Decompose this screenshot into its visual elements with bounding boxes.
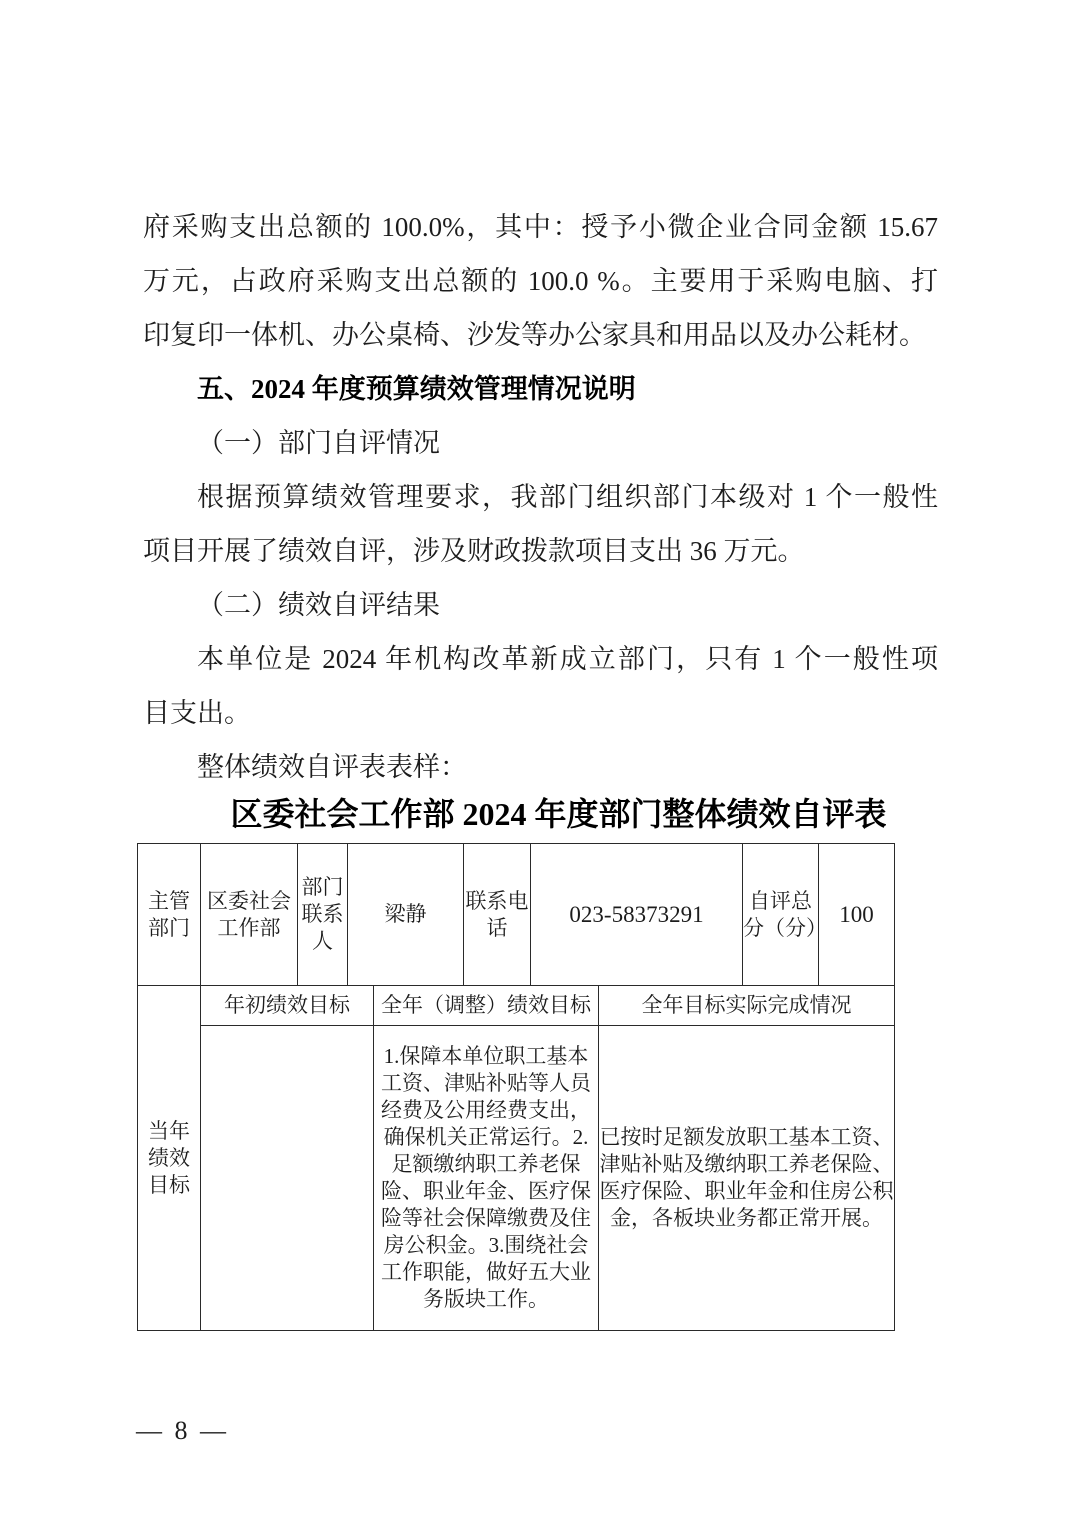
sub1-line-1: 根据预算绩效管理要求，我部门组织部门本级对 1 个一般性 (143, 480, 938, 514)
intro-line-3: 印复印一体机、办公桌椅、沙发等办公家具和用品以及办公耗材。 (143, 318, 938, 352)
adjusted-goal-value-cell: 1.保障本单位职工基本工资、津贴补贴等人员经费及公用经费支出，确保机关正常运行。… (374, 1026, 599, 1331)
contact-person-label-cell: 部门联系人 (298, 844, 348, 986)
performance-self-evaluation-table: 主管部门 区委社会工作部 部门联系人 梁静 联系电话 023-58373291 … (137, 843, 895, 1331)
phone-label-cell: 联系电话 (464, 844, 531, 986)
supervisor-dept-value-cell: 区委社会工作部 (201, 844, 298, 986)
intro-line-1: 府采购支出总额的 100.0%，其中：授予小微企业合同金额 15.67 (143, 210, 938, 244)
initial-goal-value-cell (201, 1026, 374, 1331)
current-year-goal-label-cell: 当年绩效目标 (138, 986, 201, 1331)
sub2-line-2: 目支出。 (143, 696, 938, 730)
actual-completion-header-cell: 全年目标实际完成情况 (599, 986, 895, 1026)
contact-person-value-cell: 梁静 (348, 844, 464, 986)
phone-value-cell: 023-58373291 (531, 844, 743, 986)
actual-completion-value-cell: 已按时足额发放职工基本工资、津贴补贴及缴纳职工养老保险、医疗保险、职业年金和住房… (599, 1026, 895, 1331)
goal-header-row: 当年绩效目标 年初绩效目标 全年（调整）绩效目标 全年目标实际完成情况 (138, 986, 895, 1026)
self-score-label-cell: 自评总分（分） (743, 844, 819, 986)
document-page: 府采购支出总额的 100.0%，其中：授予小微企业合同金额 15.67 万元，占… (0, 0, 1075, 1520)
table-title: 区委社会工作部 2024 年度部门整体绩效自评表 (180, 789, 937, 835)
supervisor-dept-label-cell: 主管部门 (138, 844, 201, 986)
page-number: — 8 — (136, 1416, 229, 1446)
sub2-heading: （二）绩效自评结果 (143, 588, 938, 622)
goal-detail-row: 1.保障本单位职工基本工资、津贴补贴等人员经费及公用经费支出，确保机关正常运行。… (138, 1026, 895, 1331)
adjusted-goal-header-cell: 全年（调整）绩效目标 (374, 986, 599, 1026)
self-score-value-cell: 100 (819, 844, 895, 986)
section5-heading: 五、2024 年度预算绩效管理情况说明 (143, 372, 938, 406)
sub1-line-2: 项目开展了绩效自评，涉及财政拨款项目支出 36 万元。 (143, 534, 938, 568)
info-row: 主管部门 区委社会工作部 部门联系人 梁静 联系电话 023-58373291 … (138, 844, 895, 986)
intro-line-2: 万元，占政府采购支出总额的 100.0 %。主要用于采购电脑、打 (143, 264, 938, 298)
table-intro-line: 整体绩效自评表表样： (143, 750, 938, 784)
sub2-line-1: 本单位是 2024 年机构改革新成立部门，只有 1 个一般性项 (143, 642, 938, 676)
initial-goal-header-cell: 年初绩效目标 (201, 986, 374, 1026)
sub1-heading: （一）部门自评情况 (143, 426, 938, 460)
